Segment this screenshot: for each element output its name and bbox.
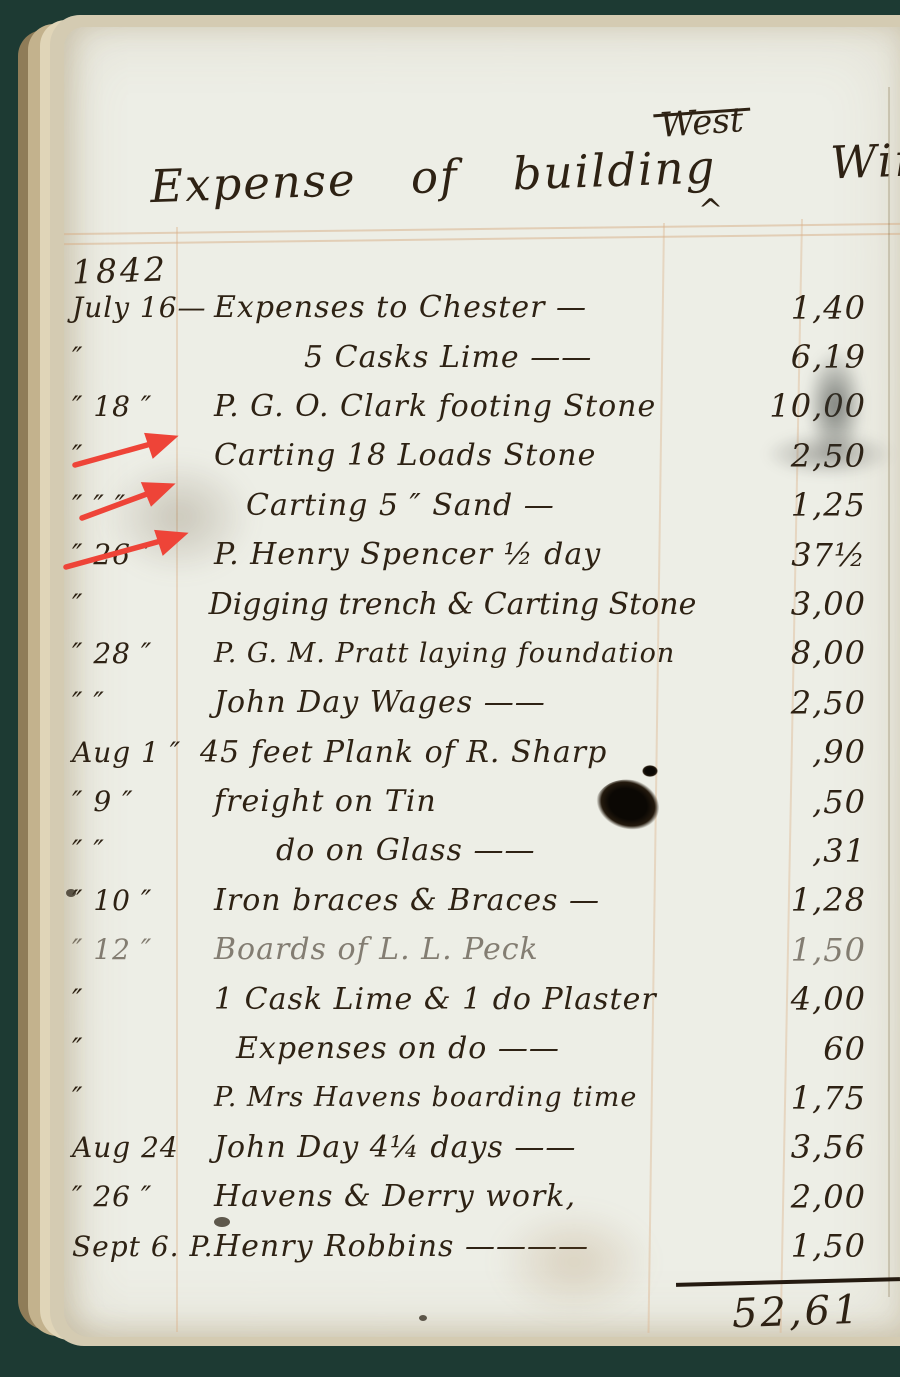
amount-cell: 1,50 [688, 931, 900, 969]
date-cell: ″ [64, 1081, 186, 1114]
date-cell: Sept 6. P. [64, 1230, 186, 1263]
speck [214, 1217, 230, 1227]
ledger-row: July 16— Expenses to Chester — 1,40 [64, 283, 900, 332]
date-cell: ″ ″ [64, 686, 186, 719]
date-cell: ″ 12 ″ [64, 933, 186, 966]
amount-cell: 1,40 [688, 289, 900, 327]
date-cell: ″ 26 ″ [64, 1180, 186, 1213]
ledger-row: ″ 12 ″ Boards of L. L. Peck 1,50 [64, 925, 900, 974]
red-arrow-3 [66, 539, 168, 567]
ledger-page: Expense of building Wing — West ^ 1842 J… [64, 27, 900, 1337]
inserted-word-west: West [659, 100, 745, 146]
description-cell: 1 Cask Lime & 1 do Plaster [186, 982, 688, 1017]
description-cell: John Day Wages —— [186, 685, 688, 720]
amount-cell: 1,75 [688, 1079, 900, 1117]
amount-cell: ,31 [688, 832, 900, 870]
ledger-row: ″ 28 ″ P. G. M. Pratt laying foundation … [64, 629, 900, 678]
red-arrow-3-head [158, 533, 182, 551]
header-rule-1 [64, 223, 900, 235]
ledger-row: ″ ″ do on Glass —— ,31 [64, 826, 900, 875]
date-cell: ″ [64, 588, 181, 621]
amount-cell: 1,25 [688, 486, 900, 524]
date-cell: Aug 24 [64, 1131, 186, 1164]
header-rule-2 [64, 233, 900, 245]
description-cell: Expenses on do —— [186, 1031, 688, 1066]
red-arrow-2-head [145, 485, 169, 502]
speck [66, 889, 76, 897]
ledger-row: ″ Expenses on do —— 60 [64, 1024, 900, 1073]
amount-cell: 1,28 [688, 881, 900, 919]
ledger-row: Aug 1 ″ 45 feet Plank of R. Sharp ,90 [64, 728, 900, 777]
description-cell: Digging trench & Carting Stone [181, 587, 697, 622]
description-cell: Carting 18 Loads Stone [186, 438, 688, 473]
amount-cell: 6,19 [688, 338, 900, 376]
description-cell: Boards of L. L. Peck [186, 932, 688, 967]
description-cell: Havens & Derry work, [186, 1179, 688, 1214]
description-cell: Carting 5 ″ Sand — [186, 488, 688, 523]
date-cell: Aug 1 ″ [64, 736, 186, 769]
date-cell: ″ [64, 983, 186, 1016]
scanned-ledger-photo: Expense of building Wing — West ^ 1842 J… [0, 0, 900, 1377]
ledger-row: Sept 6. P. Henry Robbins ———— 1,50 [64, 1221, 900, 1270]
ledger-row: ″ P. Mrs Havens boarding time 1,75 [64, 1073, 900, 1122]
description-cell: P. Henry Spencer ½ day [186, 537, 688, 572]
amount-cell: ,50 [688, 783, 900, 821]
description-cell: P. G. O. Clark footing Stone [186, 389, 688, 424]
amount-cell: 10,00 [688, 387, 900, 425]
caret-mark: ^ [698, 193, 723, 228]
date-cell: ″ [64, 1032, 186, 1065]
speck [419, 1315, 427, 1321]
date-cell: ″ 9 ″ [64, 785, 186, 818]
red-arrow-1-head [148, 436, 172, 454]
tan-stain [494, 1207, 654, 1317]
red-arrow-annotations [40, 420, 220, 590]
ledger-row: ″ 5 Casks Lime —— 6,19 [64, 332, 900, 381]
date-cell: ″ 28 ″ [64, 637, 186, 670]
description-cell: P. Mrs Havens boarding time [186, 1082, 688, 1113]
description-cell: 45 feet Plank of R. Sharp [186, 735, 688, 770]
date-cell: ″ ″ [64, 834, 186, 867]
ledger-row: ″ 9 ″ freight on Tin ,50 [64, 777, 900, 826]
amount-cell: 3,56 [688, 1128, 900, 1166]
amount-cell: ,90 [688, 733, 900, 771]
ledger-row: ″ ″ John Day Wages —— 2,50 [64, 678, 900, 727]
ledger-row: ″ 26 ″ Havens & Derry work, 2,00 [64, 1172, 900, 1221]
ledger-row: ″ 10 ″ Iron braces & Braces — 1,28 [64, 876, 900, 925]
amount-cell: 3,00 [696, 585, 900, 623]
ink-dot [642, 765, 658, 777]
amount-cell: 37½ [688, 536, 900, 574]
ledger-row: ″ 1 Cask Lime & 1 do Plaster 4,00 [64, 974, 900, 1023]
amount-cell: 4,00 [688, 980, 900, 1018]
description-cell: John Day 4¼ days —— [186, 1130, 688, 1165]
description-cell: Iron braces & Braces — [186, 883, 688, 918]
page-title: Expense of building Wing — [149, 130, 900, 213]
red-arrow-2 [82, 491, 155, 518]
date-cell: ″ 10 ″ [64, 884, 186, 917]
red-arrow-1 [75, 442, 158, 465]
amount-cell: 2,00 [688, 1178, 900, 1216]
amount-cell: 2,50 [688, 684, 900, 722]
ledger-row: Aug 24 John Day 4¼ days —— 3,56 [64, 1123, 900, 1172]
description-cell: Expenses to Chester — [186, 290, 688, 325]
date-cell: ″ [64, 341, 186, 374]
description-cell: 5 Casks Lime —— [186, 340, 688, 375]
total-rule [676, 1277, 900, 1287]
description-cell: P. G. M. Pratt laying foundation [186, 638, 688, 669]
description-cell: do on Glass —— [186, 833, 688, 868]
title-text-after: Wing — [829, 130, 900, 190]
charcoal-smudge-2 [764, 431, 894, 477]
date-cell: ″ 18 ″ [64, 390, 186, 423]
date-cell: July 16— [64, 291, 186, 324]
title-text-before: Expense of building [149, 140, 717, 213]
amount-cell: 8,00 [688, 634, 900, 672]
amount-cell: 60 [688, 1030, 900, 1068]
amount-cell: 1,50 [688, 1227, 900, 1265]
total-amount: 52,61 [731, 1287, 862, 1337]
